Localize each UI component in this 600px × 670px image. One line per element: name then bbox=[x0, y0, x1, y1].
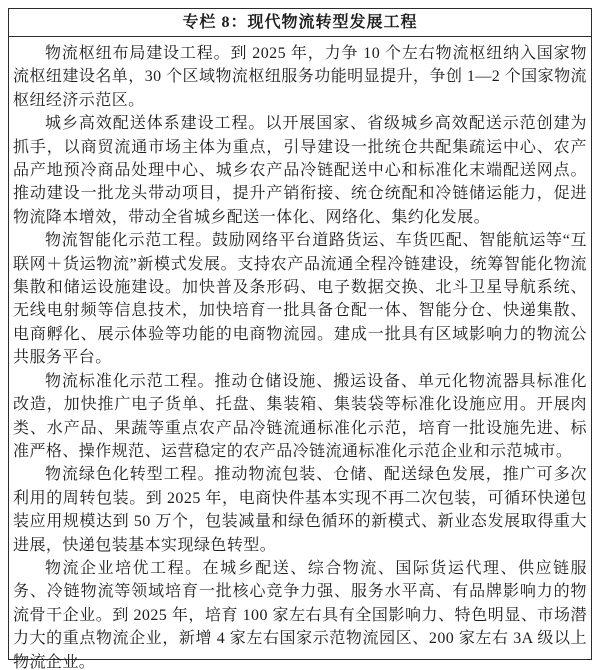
column-box-title: 专栏 8：现代物流转型发展工程 bbox=[9, 9, 591, 37]
paragraph: 物流枢纽布局建设工程。到 2025 年，力争 10 个左右物流枢纽纳入国家物流枢… bbox=[13, 42, 587, 112]
paragraph: 物流企业培优工程。在城乡配送、综合物流、国际货运代理、供应链服务、冷链物流等领域… bbox=[13, 557, 587, 670]
paragraph: 物流标准化示范工程。推动仓储设施、搬运设备、单元化物流器具标准化改造，加快推广电… bbox=[13, 370, 587, 464]
column-box-body: 物流枢纽布局建设工程。到 2025 年，力争 10 个左右物流枢纽纳入国家物流枢… bbox=[9, 37, 591, 670]
paragraph: 城乡高效配送体系建设工程。以开展国家、省级城乡高效配送示范创建为抓手，以商贸流通… bbox=[13, 112, 587, 229]
column-box: 专栏 8：现代物流转型发展工程 物流枢纽布局建设工程。到 2025 年，力争 1… bbox=[8, 8, 592, 660]
paragraph: 物流智能化示范工程。鼓励网络平台道路货运、车货匹配、智能航运等“互联网＋货运物流… bbox=[13, 229, 587, 369]
paragraph: 物流绿色化转型工程。推动物流包装、仓储、配送绿色发展，推广可多次利用的周转包装。… bbox=[13, 463, 587, 557]
